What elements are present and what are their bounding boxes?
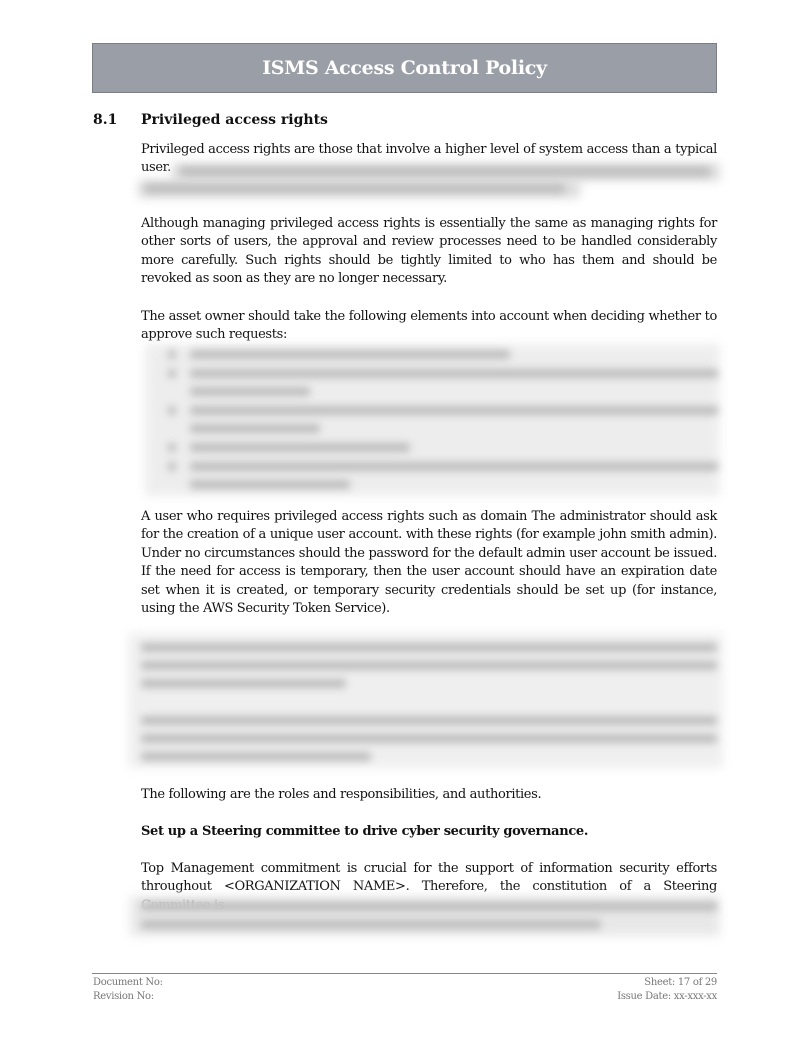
footer-revision-no: Revision No: — [93, 990, 154, 1004]
paragraph-user-account: A user who requires privileged access ri… — [141, 508, 717, 618]
steering-committee-heading: Set up a Steering committee to drive cyb… — [141, 823, 717, 841]
paragraph-managing-rights: Although managing privileged access righ… — [141, 215, 717, 289]
section-number: 8.1 — [93, 112, 141, 128]
footer-issue-date: Issue Date: xx-xxx-xx — [617, 990, 717, 1004]
paragraph-asset-owner: The asset owner should take the followin… — [141, 308, 717, 345]
footer-sheet-number: Sheet: 17 of 29 — [644, 976, 717, 990]
section-title: Privileged access rights — [141, 112, 328, 128]
paragraph-roles: The following are the roles and responsi… — [141, 786, 717, 804]
footer-divider — [92, 973, 717, 974]
footer-document-no: Document No: — [93, 976, 163, 990]
document-title: ISMS Access Control Policy — [262, 57, 547, 79]
document-header: ISMS Access Control Policy — [92, 43, 717, 93]
section-heading: 8.1 Privileged access rights — [93, 112, 717, 128]
